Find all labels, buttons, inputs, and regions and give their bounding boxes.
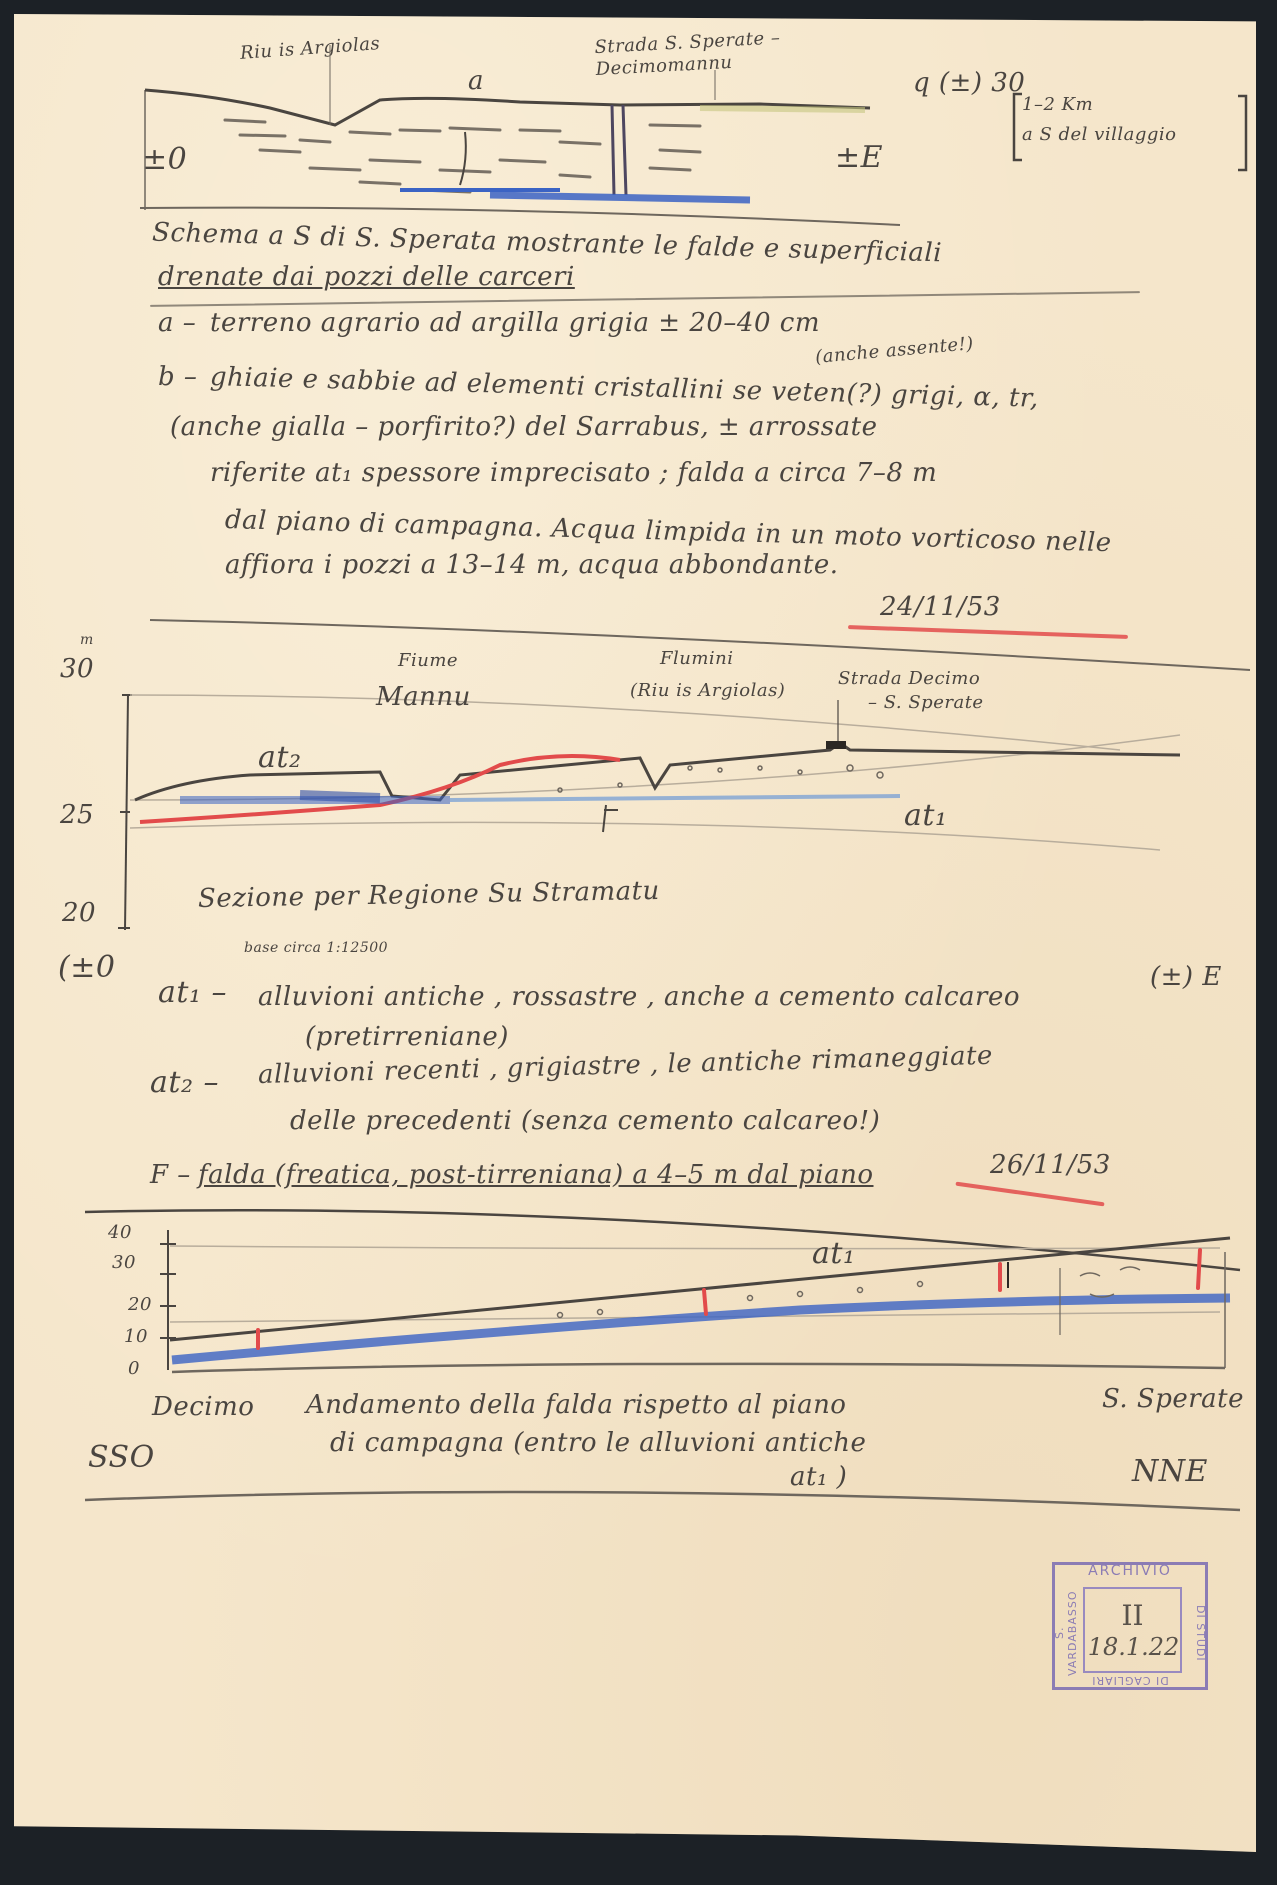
direction-sso: SSO xyxy=(88,1440,155,1475)
label-decimo: Decimo xyxy=(152,1392,254,1422)
label-s-sperate: – S. Sperate xyxy=(868,692,984,713)
label-strada-decimo: Strada Decimo xyxy=(838,668,980,689)
legend-note-at2: delle precedenti (senza cemento calcareo… xyxy=(290,1106,880,1136)
stamp-archivio: ARCHIVIO xyxy=(1055,1563,1205,1579)
stamp-right-text: DI STUDI xyxy=(1183,1583,1207,1683)
label-at1: at₁ xyxy=(904,798,947,833)
y-tick-40: 40 xyxy=(108,1222,132,1243)
section1-caption-line2: drenate dai pozzi delle carceri xyxy=(158,262,575,292)
legend-key-a: a – xyxy=(158,308,196,338)
section3-caption-line1: Andamento della falda rispetto al piano xyxy=(306,1390,846,1420)
label-at2: at₂ xyxy=(258,740,301,775)
legend-key-f: F – xyxy=(150,1160,191,1190)
stamp-date: 18.1.22 xyxy=(1087,1633,1180,1661)
label-fiume: Fiume xyxy=(398,650,458,671)
y-tick-20: 20 xyxy=(62,898,96,928)
legend-key-at1: at₁ – xyxy=(158,975,227,1010)
legend-text-at1: alluvioni antiche , rossastre , anche a … xyxy=(258,982,1020,1012)
section3-caption-line3: at₁ ) xyxy=(790,1462,847,1492)
label-s-sperate-3: S. Sperate xyxy=(1102,1384,1244,1414)
legend-text-f: falda (freatica, post-tirreniana) a 4–5 … xyxy=(198,1160,874,1190)
sketch-section-1 xyxy=(0,0,1277,230)
y-axis-unit: m xyxy=(80,632,94,648)
y-tick-20b: 20 xyxy=(128,1294,152,1315)
label-scale: base circa 1:12500 xyxy=(244,940,388,956)
y-tick-30b: 30 xyxy=(112,1252,136,1273)
y-tick-30: 30 xyxy=(60,654,94,684)
legend-text-b3: riferite at₁ spessore imprecisato ; fald… xyxy=(210,458,937,488)
legend-key-b: b – xyxy=(158,362,197,392)
stamp-bottom-text: DI CAGLIARI xyxy=(1055,1674,1205,1687)
date-2: 26/11/53 xyxy=(990,1150,1111,1180)
label-at1-3: at₁ xyxy=(812,1236,855,1271)
label-left-zero-2: (±0 xyxy=(58,950,115,985)
label-flumini: Flumini xyxy=(660,648,734,669)
sketch-section-3 xyxy=(0,1190,1277,1510)
legend-key-at2: at₂ – xyxy=(150,1065,219,1100)
section3-caption-line2: di campagna (entro le alluvioni antiche xyxy=(330,1428,866,1458)
label-right-e-2: (±) E xyxy=(1150,962,1222,992)
legend-note-at1: (pretirreniane) xyxy=(305,1022,509,1052)
y-tick-10: 10 xyxy=(124,1326,148,1347)
y-tick-0: 0 xyxy=(128,1358,140,1379)
stamp-left-text: S. VARDABASSO xyxy=(1053,1583,1077,1683)
y-tick-25: 25 xyxy=(60,800,94,830)
legend-text-a: terreno agrario ad argilla grigia ± 20–4… xyxy=(210,308,820,338)
label-riu-is-argiolas-2: (Riu is Argiolas) xyxy=(630,680,785,701)
legend-text-b2: (anche gialla – porfirito?) del Sarrabus… xyxy=(170,412,877,442)
stamp-inner-box: II 18.1.22 xyxy=(1083,1587,1182,1673)
archive-stamp: ARCHIVIO S. VARDABASSO DI STUDI DI CAGLI… xyxy=(1052,1562,1208,1690)
label-mannu: Mannu xyxy=(376,682,471,712)
stamp-volume: II xyxy=(1085,1599,1180,1632)
direction-nne: NNE xyxy=(1132,1454,1208,1489)
legend-text-b5: affiora i pozzi a 13–14 m, acqua abbonda… xyxy=(225,550,839,580)
